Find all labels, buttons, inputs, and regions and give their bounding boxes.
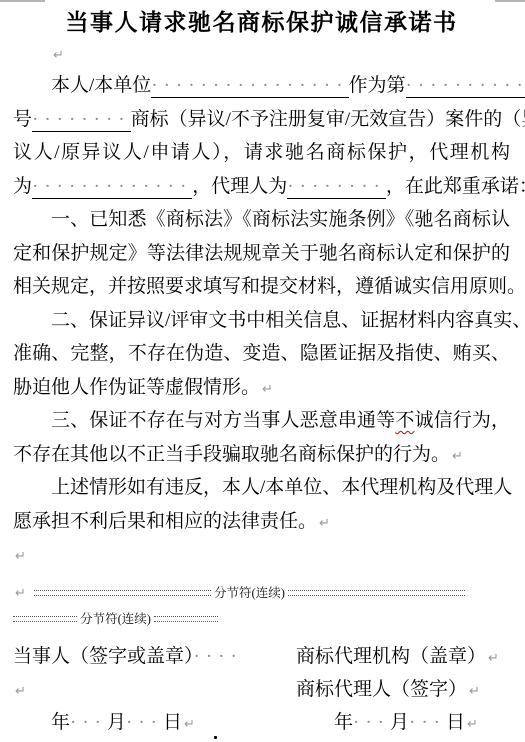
blank-fill-in-field[interactable]: ········ bbox=[32, 109, 131, 132]
text-run: 年 bbox=[334, 712, 353, 733]
blank-fill-in-field[interactable]: ··········· bbox=[406, 75, 525, 98]
text-run: 日 bbox=[163, 712, 182, 733]
text-run: 作为第 bbox=[349, 75, 406, 96]
stray-ink-dot bbox=[214, 736, 217, 739]
paragraph-mark-icon: ↵ bbox=[452, 449, 463, 464]
signature-right-column: 商标代理机构（盖章）↵ 商标代理人（签字）↵ 年···月···日↵ bbox=[296, 640, 510, 739]
document-line: 上述情形如有违反，本人/本单位、本代理机构及代理人 bbox=[13, 471, 510, 505]
text-run: 上述情形如有违反，本人/本单位、本代理机构及代理人 bbox=[51, 477, 512, 498]
text-run: 胁迫他人作伪证等虚假情形。 bbox=[13, 377, 260, 398]
text-run: 准确、完整，不存在伪造、变造、隐匿证据及指使、贿买、 bbox=[13, 343, 510, 364]
section-break-line bbox=[288, 590, 465, 596]
text-run: 号 bbox=[13, 109, 32, 130]
dot-leaders: ···· bbox=[194, 646, 243, 667]
paragraph-mark-icon: ↵ bbox=[15, 586, 26, 601]
dot-leaders: ··· bbox=[126, 712, 163, 733]
spellcheck-flagged-text: 不 bbox=[395, 410, 414, 431]
section-break-line bbox=[13, 616, 77, 622]
paragraph-mark-icon: ↵ bbox=[488, 651, 499, 666]
agent-signature-line: 商标代理人（签字）↵ bbox=[296, 673, 510, 706]
party-signature-line: 当事人（签字或盖章）···· bbox=[13, 640, 296, 673]
blank-fill-in-field[interactable]: ········ bbox=[287, 176, 386, 199]
text-run: 商标代理机构（盖章） bbox=[296, 646, 486, 667]
signature-left-column: 当事人（签字或盖章）···· ↵ 年···月···日↵ bbox=[13, 640, 296, 739]
paragraph-mark-icon: ↵ bbox=[467, 717, 478, 732]
document-line: 不存在其他以不正当手段骗取驰名商标保护的行为。↵ bbox=[13, 438, 510, 472]
paragraph-mark-icon: ↵ bbox=[469, 684, 480, 699]
page-corner-mark-left bbox=[0, 0, 45, 2]
blank-fill-in-field[interactable]: ············· bbox=[32, 176, 192, 199]
text-run: 诚信行为， bbox=[414, 410, 510, 431]
dot-leaders: ··· bbox=[409, 712, 446, 733]
document-line: 胁迫他人作伪证等虚假情形。↵ bbox=[13, 371, 510, 405]
empty-paragraph: ↵ bbox=[13, 38, 510, 69]
paragraph-mark-icon: ↵ bbox=[319, 516, 330, 531]
paragraph-mark-icon: ↵ bbox=[15, 684, 26, 699]
text-run: 三、保证不存在与对方当事人恶意串通等 bbox=[51, 410, 395, 431]
document-title: 当事人请求驰名商标保护诚信承诺书 bbox=[13, 0, 510, 38]
text-run: 商标代理人（签字） bbox=[296, 679, 467, 700]
text-run: 二、保证异议/评审文书中相关信息、证据材料内容真实、 bbox=[51, 310, 525, 331]
paragraph-mark-icon: ↵ bbox=[53, 48, 64, 63]
text-run: 议人/原异议人/申请人），请求驰名商标保护，代理机构 bbox=[13, 142, 510, 163]
document-line: 定和保护规定》等法律法规规章关于驰名商标认定和保护的 bbox=[13, 237, 510, 271]
empty-paragraph: ↵ bbox=[13, 538, 510, 572]
dot-leaders: ··· bbox=[353, 712, 390, 733]
document-line: 本人/本单位················作为第··········· bbox=[13, 69, 510, 103]
paragraph-mark-icon: ↵ bbox=[262, 382, 273, 397]
empty-paragraph: ↵ bbox=[13, 673, 296, 706]
text-run: 商标（异议/不予注册复审/无效宣告）案件的（异 bbox=[131, 109, 525, 130]
text-run: 月 bbox=[390, 712, 409, 733]
document-page[interactable]: 当事人请求驰名商标保护诚信承诺书 ↵ 本人/本单位···············… bbox=[0, 0, 525, 742]
text-run: 不存在其他以不正当手段骗取驰名商标保护的行为。 bbox=[13, 444, 450, 465]
blank-fill-in-field[interactable]: ················ bbox=[151, 75, 348, 98]
document-line: 一、已知悉《商标法》《商标法实施条例》《驰名商标认 bbox=[13, 203, 510, 237]
agency-seal-line: 商标代理机构（盖章）↵ bbox=[296, 640, 510, 673]
page-corner-mark-right bbox=[495, 0, 525, 2]
paragraph-mark-icon: ↵ bbox=[184, 717, 195, 732]
text-run: 日 bbox=[446, 712, 465, 733]
text-run: 一、已知悉《商标法》《商标法实施条例》《驰名商标认 bbox=[51, 209, 510, 230]
document-line: 为·············，代理人为········，在此郑重承诺：↵ bbox=[13, 170, 510, 204]
document-line: 号········商标（异议/不予注册复审/无效宣告）案件的（异 bbox=[13, 103, 510, 137]
signature-block: 当事人（签字或盖章）···· ↵ 年···月···日↵ 商标代理机构（盖章）↵ … bbox=[13, 640, 510, 739]
text-run: 为 bbox=[13, 176, 32, 197]
document-line: 准确、完整，不存在伪造、变造、隐匿证据及指使、贿买、 bbox=[13, 337, 510, 371]
document-line: 相关规定，并按照要求填写和提交材料，遵循诚实信用原则。↵ bbox=[13, 270, 510, 304]
section-break-continuous: ↵ 分节符(连续) bbox=[13, 586, 465, 601]
document-line: 二、保证异议/评审文书中相关信息、证据材料内容真实、 bbox=[13, 304, 510, 338]
section-break-label: 分节符(连续) bbox=[211, 586, 288, 601]
text-run: 相关规定，并按照要求填写和提交材料，遵循诚实信用原则。 bbox=[13, 276, 525, 297]
text-run: 月 bbox=[107, 712, 126, 733]
document-line: 三、保证不存在与对方当事人恶意串通等不诚信行为， bbox=[13, 404, 510, 438]
text-run: 当事人（签字或盖章） bbox=[13, 646, 194, 667]
section-break-line bbox=[34, 590, 211, 596]
section-break-label: 分节符(连续) bbox=[77, 612, 154, 627]
text-run: 愿承担不利后果和相应的法律责任。 bbox=[13, 511, 317, 532]
text-run: 年 bbox=[51, 712, 70, 733]
document-line: 议人/原异议人/申请人），请求驰名商标保护，代理机构 bbox=[13, 136, 510, 170]
text-run: ，在此郑重承诺： bbox=[386, 176, 525, 197]
document-line: 愿承担不利后果和相应的法律责任。↵ bbox=[13, 505, 510, 539]
dot-leaders: ··· bbox=[70, 712, 107, 733]
text-run: 定和保护规定》等法律法规规章关于驰名商标认定和保护的 bbox=[13, 243, 510, 264]
section-break-continuous: 分节符(连续) bbox=[13, 612, 218, 627]
section-break-line bbox=[154, 616, 218, 622]
paragraph-mark-icon: ↵ bbox=[15, 549, 26, 564]
date-line: 年···月···日↵ bbox=[13, 706, 296, 739]
text-run: 本人/本单位 bbox=[51, 75, 151, 96]
text-run: ，代理人为 bbox=[192, 176, 287, 197]
date-line: 年···月···日↵ bbox=[296, 706, 510, 739]
document-body: 本人/本单位················作为第···········号···… bbox=[13, 69, 510, 538]
